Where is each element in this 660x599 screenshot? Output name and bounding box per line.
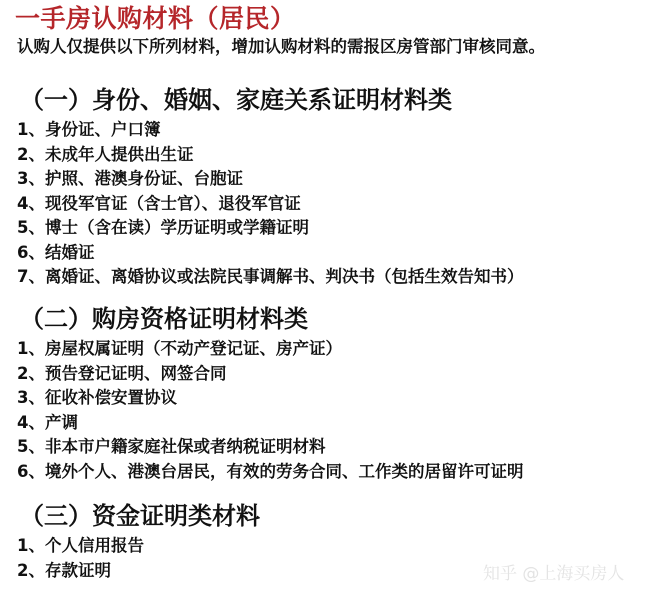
section-heading: （三）资金证明类材料 xyxy=(20,500,260,532)
list-item: 6、结婚证 xyxy=(17,241,523,266)
list-item: 5、博士（含在读）学历证明或学籍证明 xyxy=(17,216,523,241)
section-heading: （一）身份、婚姻、家庭关系证明材料类 xyxy=(20,84,523,116)
list-item: 1、房屋权属证明（不动产登记证、房产证） xyxy=(17,337,523,362)
list-item: 3、护照、港澳身份证、台胞证 xyxy=(17,167,523,192)
list-item: 4、产调 xyxy=(17,411,523,436)
list-item: 7、离婚证、离婚协议或法院民事调解书、判决书（包括生效告知书） xyxy=(17,265,523,290)
list-item: 6、境外个人、港澳台居民，有效的劳务合同、工作类的居留许可证明 xyxy=(17,460,523,485)
list-item: 1、个人信用报告 xyxy=(17,534,260,559)
list-item: 3、征收补偿安置协议 xyxy=(17,386,523,411)
list-item: 1、身份证、户口簿 xyxy=(17,118,523,143)
list-item: 5、非本市户籍家庭社保或者纳税证明材料 xyxy=(17,435,523,460)
watermark: 知乎 @上海买房人 xyxy=(483,563,624,585)
list-item: 2、存款证明 xyxy=(17,559,260,584)
list-item: 4、现役军官证（含士官）、退役军官证 xyxy=(17,192,523,217)
section-purchase-qualification: （二）购房资格证明材料类 1、房屋权属证明（不动产登记证、房产证） 2、预告登记… xyxy=(17,303,523,484)
page-title: 一手房认购材料（居民） xyxy=(15,3,296,35)
section-identity-marriage-family: （一）身份、婚姻、家庭关系证明材料类 1、身份证、户口簿 2、未成年人提供出生证… xyxy=(17,84,523,290)
list-item: 2、未成年人提供出生证 xyxy=(17,143,523,168)
page-subtitle: 认购人仅提供以下所列材料，增加认购材料的需报区房管部门审核同意。 xyxy=(17,36,545,58)
section-heading: （二）购房资格证明材料类 xyxy=(20,303,523,335)
section-funds-proof: （三）资金证明类材料 1、个人信用报告 2、存款证明 xyxy=(17,500,260,583)
list-item: 2、预告登记证明、网签合同 xyxy=(17,362,523,387)
